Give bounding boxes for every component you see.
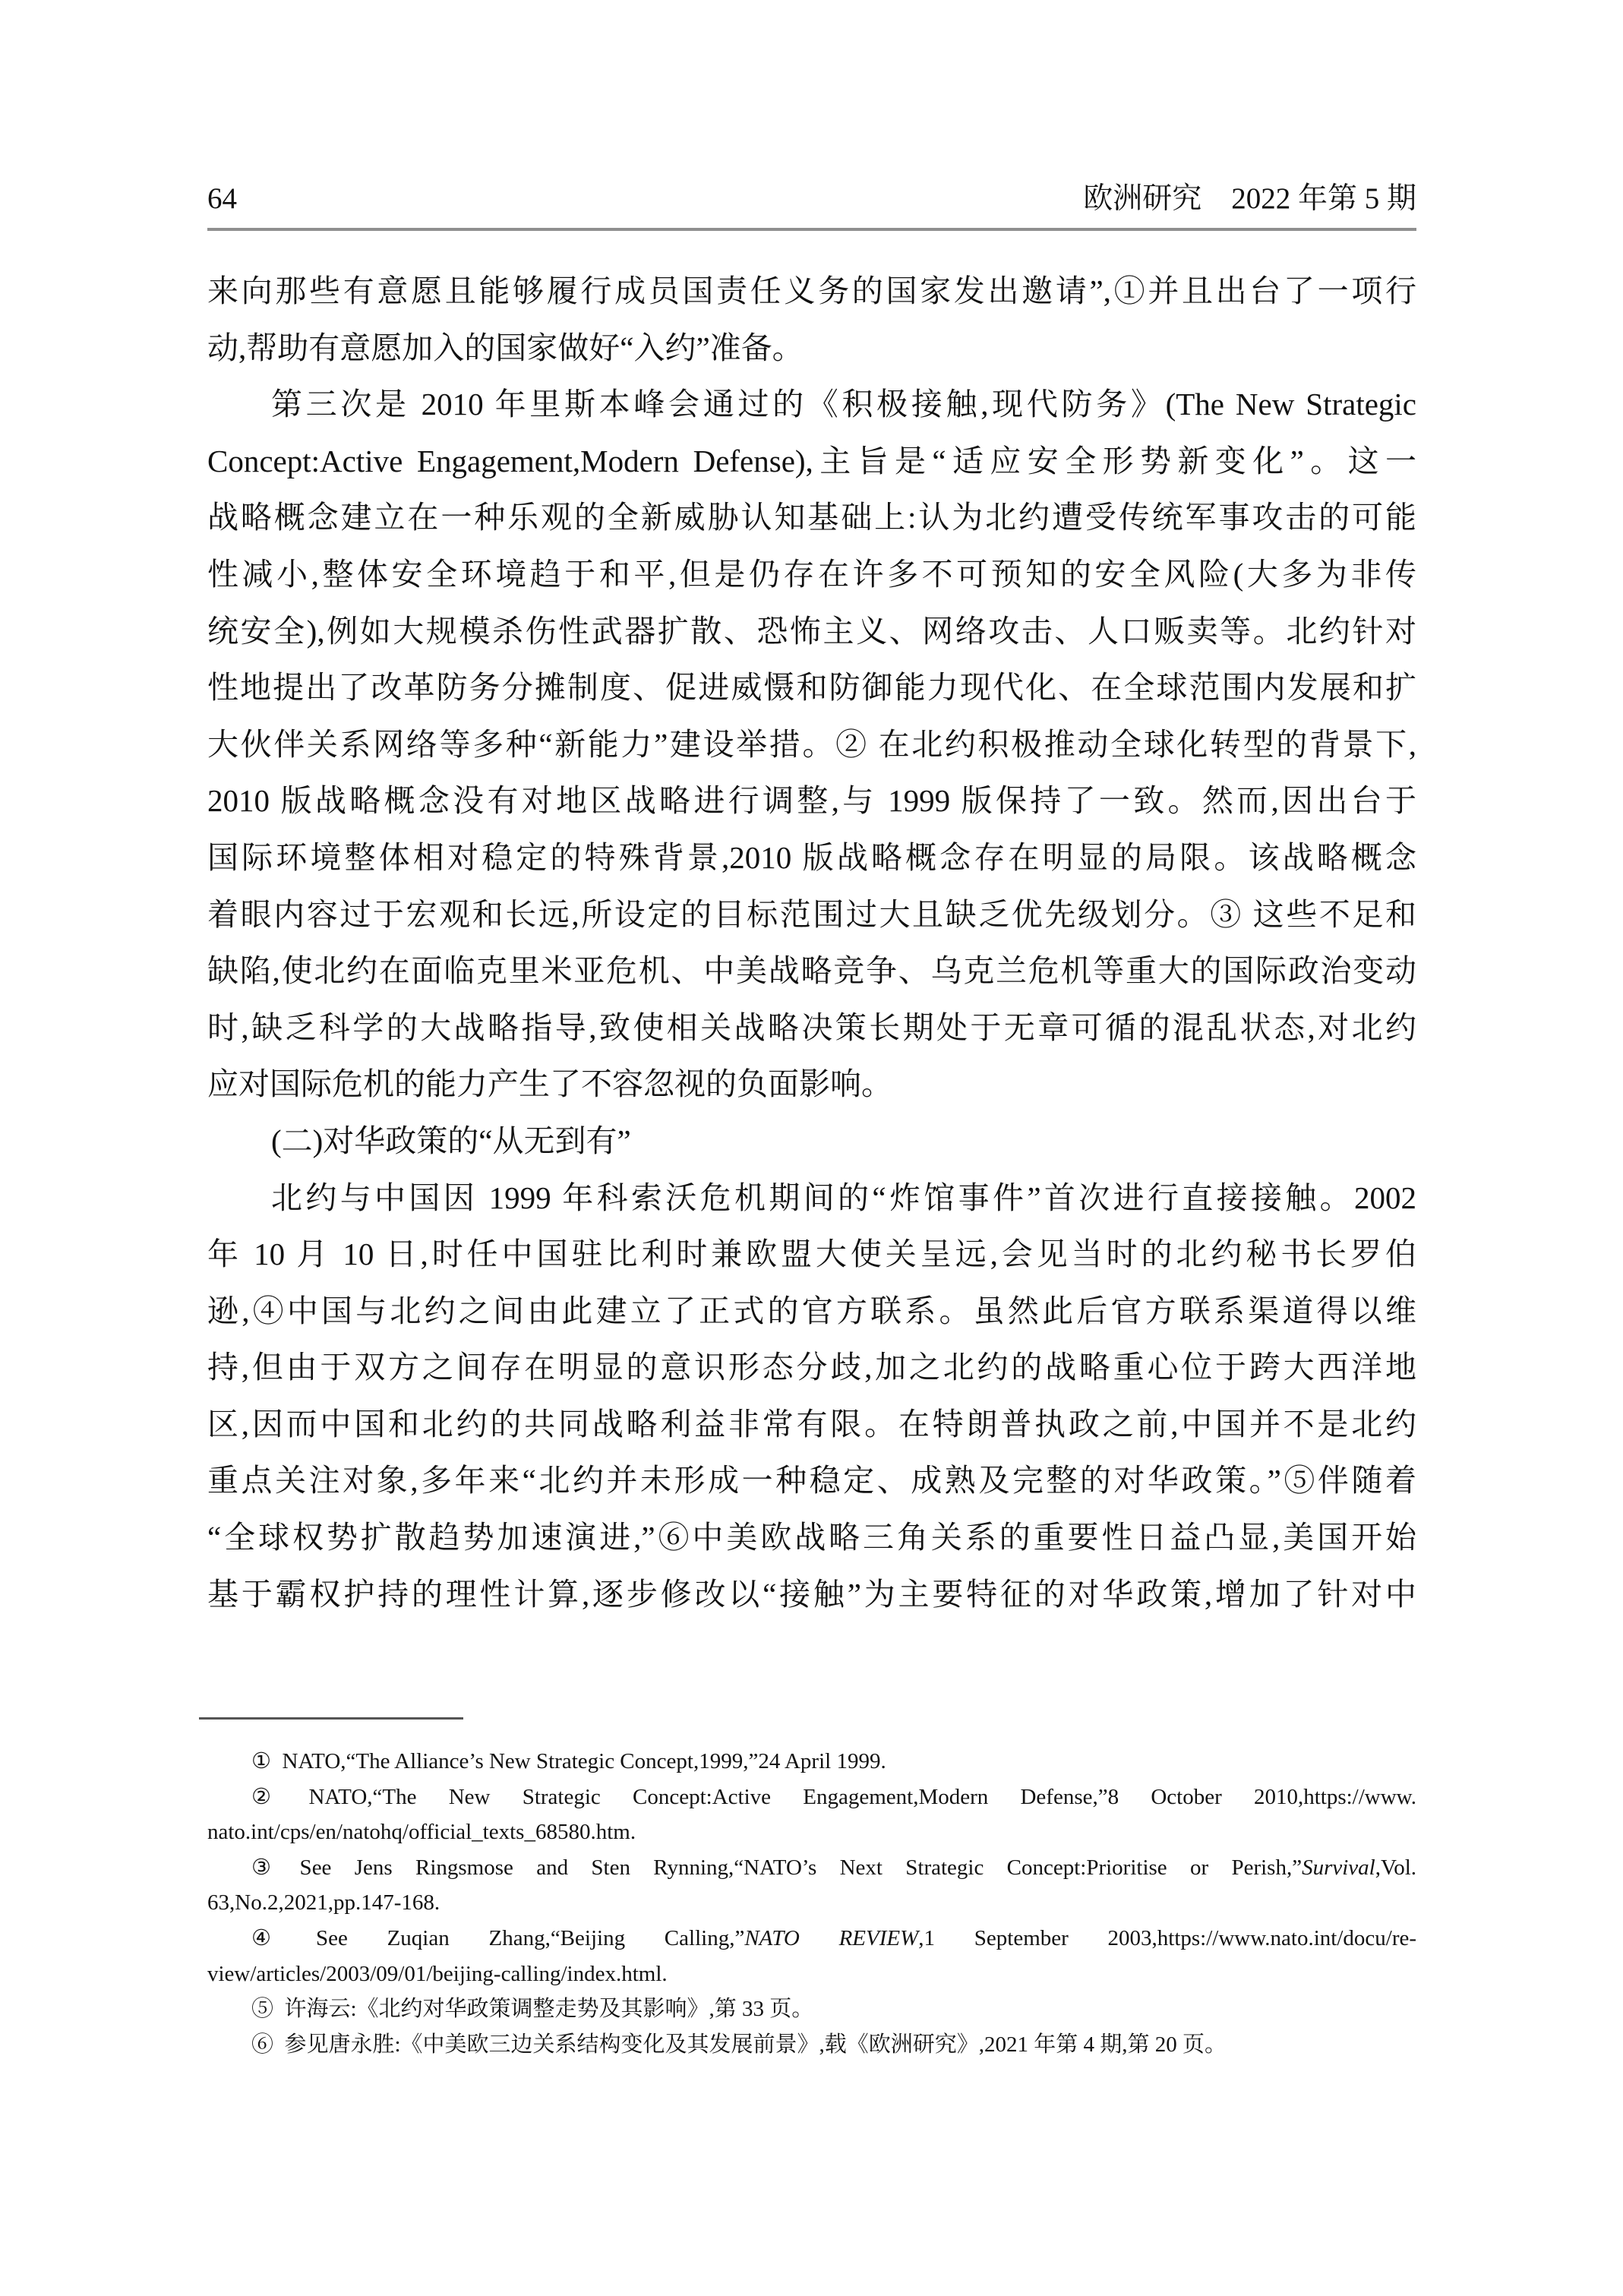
- body-line: 着眼内容过于宏观和长远,所设定的目标范围过大且缺乏优先级划分。③ 这些不足和: [207, 886, 1416, 943]
- text-run: 年 10 月 10 日,时任中国驻比利时兼欧盟大使关呈远,会见当时的北约秘书长罗…: [207, 1236, 1416, 1271]
- text-run: 战略概念建立在一种乐观的全新威胁认知基础上:认为北约遭受传统军事攻击的可能: [207, 500, 1416, 535]
- body-line: 逊,④中国与北约之间由此建立了正式的官方联系。虽然此后官方联系渠道得以维: [207, 1283, 1416, 1340]
- body-line: 时,缺乏科学的大战略指导,致使相关战略决策长期处于无章可循的混乱状态,对北约: [207, 1000, 1416, 1056]
- body-line: “全球权势扩散趋势加速演进,”⑥中美欧战略三角关系的重要性日益凸显,美国开始: [207, 1509, 1416, 1566]
- text-run: 重点关注对象,多年来“北约并未形成一种稳定、成熟及完整的对华政策。”⑤伴随着: [207, 1463, 1416, 1498]
- footnote-line: ② NATO,“The New Strategic Concept:Active…: [207, 1780, 1416, 1815]
- text-run: 持,但由于双方之间存在明显的意识形态分歧,加之北约的战略重心位于跨大西洋地: [207, 1350, 1416, 1385]
- text-run: ,Vol.: [1375, 1855, 1416, 1880]
- text-run: ,1 September 2003,https://www.nato.int/d…: [918, 1926, 1416, 1950]
- italic-journal-title: Survival: [1302, 1855, 1375, 1880]
- body-line: Concept:Active Engagement,Modern Defense…: [207, 433, 1416, 490]
- body-line: 来向那些有意愿且能够履行成员国责任义务的国家发出邀请”,①并且出台了一项行: [207, 263, 1416, 320]
- text-run: ② NATO,“The New Strategic Concept:Active…: [251, 1785, 1416, 1809]
- footnote-separator: [199, 1717, 463, 1720]
- text-run: ① NATO,“The Alliance’s New Strategic Con…: [251, 1749, 886, 1773]
- body-line: 区,因而中国和北约的共同战略利益非常有限。在特朗普执政之前,中国并不是北约: [207, 1396, 1416, 1453]
- footnote-line: ③ See Jens Ringsmose and Sten Rynning,“N…: [207, 1850, 1416, 1886]
- text-run: 大伙伴关系网络等多种“新能力”建设举措。② 在北约积极推动全球化转型的背景下,: [207, 727, 1416, 762]
- text-run: 性地提出了改革防务分摊制度、促进威慑和防御能力现代化、在全球范围内发展和扩: [207, 670, 1416, 705]
- body-line: (二)对华政策的“从无到有”: [207, 1113, 1416, 1170]
- body-line: 北约与中国因 1999 年科索沃危机期间的“炸馆事件”首次进行直接接触。2002: [207, 1170, 1416, 1227]
- page-header: 64 欧洲研究 2022 年第 5 期: [207, 181, 1416, 217]
- footnote-line: 63,No.2,2021,pp.147-168.: [207, 1885, 1416, 1921]
- page-number: 64: [207, 181, 237, 217]
- body-line: 统安全),例如大规模杀伤性武器扩散、恐怖主义、网络攻击、人口贩卖等。北约针对: [207, 603, 1416, 660]
- article-body: 来向那些有意愿且能够履行成员国责任义务的国家发出邀请”,①并且出台了一项行动,帮…: [207, 263, 1416, 1622]
- text-run: 缺陷,使北约在面临克里米亚危机、中美战略竞争、乌克兰危机等重大的国际政治变动: [207, 953, 1416, 988]
- text-run: 基于霸权护持的理性计算,逐步修改以“接触”为主要特征的对华政策,增加了针对中: [207, 1577, 1416, 1612]
- text-run: 来向那些有意愿且能够履行成员国责任义务的国家发出邀请”,①并且出台了一项行: [207, 273, 1416, 308]
- body-line: 动,帮助有意愿加入的国家做好“入约”准备。: [207, 320, 1416, 377]
- text-run: 2010 版战略概念没有对地区战略进行调整,与 1999 版保持了一致。然而,因…: [207, 783, 1416, 818]
- footnote-line: view/articles/2003/09/01/beijing-calling…: [207, 1956, 1416, 1992]
- footnotes: ① NATO,“The Alliance’s New Strategic Con…: [207, 1744, 1416, 2062]
- body-line: 性减小,整体安全环境趋于和平,但是仍存在许多不可预知的安全风险(大多为非传: [207, 546, 1416, 603]
- body-line: 性地提出了改革防务分摊制度、促进威慑和防御能力现代化、在全球范围内发展和扩: [207, 659, 1416, 716]
- footnote-line: ⑥ 参见唐永胜:《中美欧三边关系结构变化及其发展前景》,载《欧洲研究》,2021…: [207, 2027, 1416, 2063]
- text-run: 第三次是 2010 年里斯本峰会通过的《积极接触,现代防务》(The New S…: [271, 387, 1416, 422]
- header-rule: [207, 228, 1416, 231]
- text-run: 国际环境整体相对稳定的特殊背景,2010 版战略概念存在明显的局限。该战略概念: [207, 840, 1416, 875]
- text-run: 区,因而中国和北约的共同战略利益非常有限。在特朗普执政之前,中国并不是北约: [207, 1407, 1416, 1442]
- journal-page: 64 欧洲研究 2022 年第 5 期 来向那些有意愿且能够履行成员国责任义务的…: [0, 0, 1623, 2296]
- text-run: 北约与中国因 1999 年科索沃危机期间的“炸馆事件”首次进行直接接触。2002: [271, 1180, 1416, 1215]
- text-run: ⑥ 参见唐永胜:《中美欧三边关系结构变化及其发展前景》,载《欧洲研究》,2021…: [251, 2032, 1227, 2057]
- body-line: 基于霸权护持的理性计算,逐步修改以“接触”为主要特征的对华政策,增加了针对中: [207, 1566, 1416, 1623]
- text-run: (二)对华政策的“从无到有”: [271, 1123, 631, 1158]
- text-run: 着眼内容过于宏观和长远,所设定的目标范围过大且缺乏优先级划分。③ 这些不足和: [207, 897, 1416, 932]
- text-run: Concept:Active Engagement,Modern Defense…: [207, 444, 1416, 478]
- text-run: ⑤ 许海云:《北约对华政策调整走势及其影响》,第 33 页。: [251, 1997, 813, 2021]
- text-run: 应对国际危机的能力产生了不容忽视的负面影响。: [207, 1066, 892, 1101]
- footnote-line: ⑤ 许海云:《北约对华政策调整走势及其影响》,第 33 页。: [207, 1991, 1416, 2027]
- body-line: 国际环境整体相对稳定的特殊背景,2010 版战略概念存在明显的局限。该战略概念: [207, 829, 1416, 886]
- text-run: 动,帮助有意愿加入的国家做好“入约”准备。: [207, 330, 804, 365]
- body-line: 重点关注对象,多年来“北约并未形成一种稳定、成熟及完整的对华政策。”⑤伴随着: [207, 1452, 1416, 1509]
- body-line: 大伙伴关系网络等多种“新能力”建设举措。② 在北约积极推动全球化转型的背景下,: [207, 716, 1416, 773]
- journal-title-header: 欧洲研究 2022 年第 5 期: [1083, 181, 1416, 217]
- body-line: 应对国际危机的能力产生了不容忽视的负面影响。: [207, 1056, 1416, 1113]
- body-line: 2010 版战略概念没有对地区战略进行调整,与 1999 版保持了一致。然而,因…: [207, 772, 1416, 829]
- italic-journal-title: NATO REVIEW: [744, 1926, 918, 1950]
- text-run: ③ See Jens Ringsmose and Sten Rynning,“N…: [251, 1855, 1302, 1880]
- footnote-line: nato.int/cps/en/natohq/official_texts_68…: [207, 1814, 1416, 1850]
- body-line: 年 10 月 10 日,时任中国驻比利时兼欧盟大使关呈远,会见当时的北约秘书长罗…: [207, 1226, 1416, 1283]
- footnote-line: ④ See Zuqian Zhang,“Beijing Calling,”NAT…: [207, 1921, 1416, 1956]
- text-run: 性减小,整体安全环境趋于和平,但是仍存在许多不可预知的安全风险(大多为非传: [207, 557, 1416, 592]
- footnote-line: ① NATO,“The Alliance’s New Strategic Con…: [207, 1744, 1416, 1780]
- body-line: 第三次是 2010 年里斯本峰会通过的《积极接触,现代防务》(The New S…: [207, 376, 1416, 433]
- text-run: 统安全),例如大规模杀伤性武器扩散、恐怖主义、网络攻击、人口贩卖等。北约针对: [207, 614, 1416, 649]
- text-run: view/articles/2003/09/01/beijing-calling…: [207, 1962, 668, 1986]
- text-run: “全球权势扩散趋势加速演进,”⑥中美欧战略三角关系的重要性日益凸显,美国开始: [207, 1520, 1416, 1555]
- text-run: nato.int/cps/en/natohq/official_texts_68…: [207, 1820, 636, 1844]
- text-run: 逊,④中国与北约之间由此建立了正式的官方联系。虽然此后官方联系渠道得以维: [207, 1293, 1416, 1328]
- text-run: 时,缺乏科学的大战略指导,致使相关战略决策长期处于无章可循的混乱状态,对北约: [207, 1010, 1416, 1045]
- text-run: 63,No.2,2021,pp.147-168.: [207, 1890, 440, 1915]
- body-line: 持,但由于双方之间存在明显的意识形态分歧,加之北约的战略重心位于跨大西洋地: [207, 1339, 1416, 1396]
- text-run: ④ See Zuqian Zhang,“Beijing Calling,”: [251, 1926, 744, 1950]
- body-line: 战略概念建立在一种乐观的全新威胁认知基础上:认为北约遭受传统军事攻击的可能: [207, 489, 1416, 546]
- body-line: 缺陷,使北约在面临克里米亚危机、中美战略竞争、乌克兰危机等重大的国际政治变动: [207, 943, 1416, 1000]
